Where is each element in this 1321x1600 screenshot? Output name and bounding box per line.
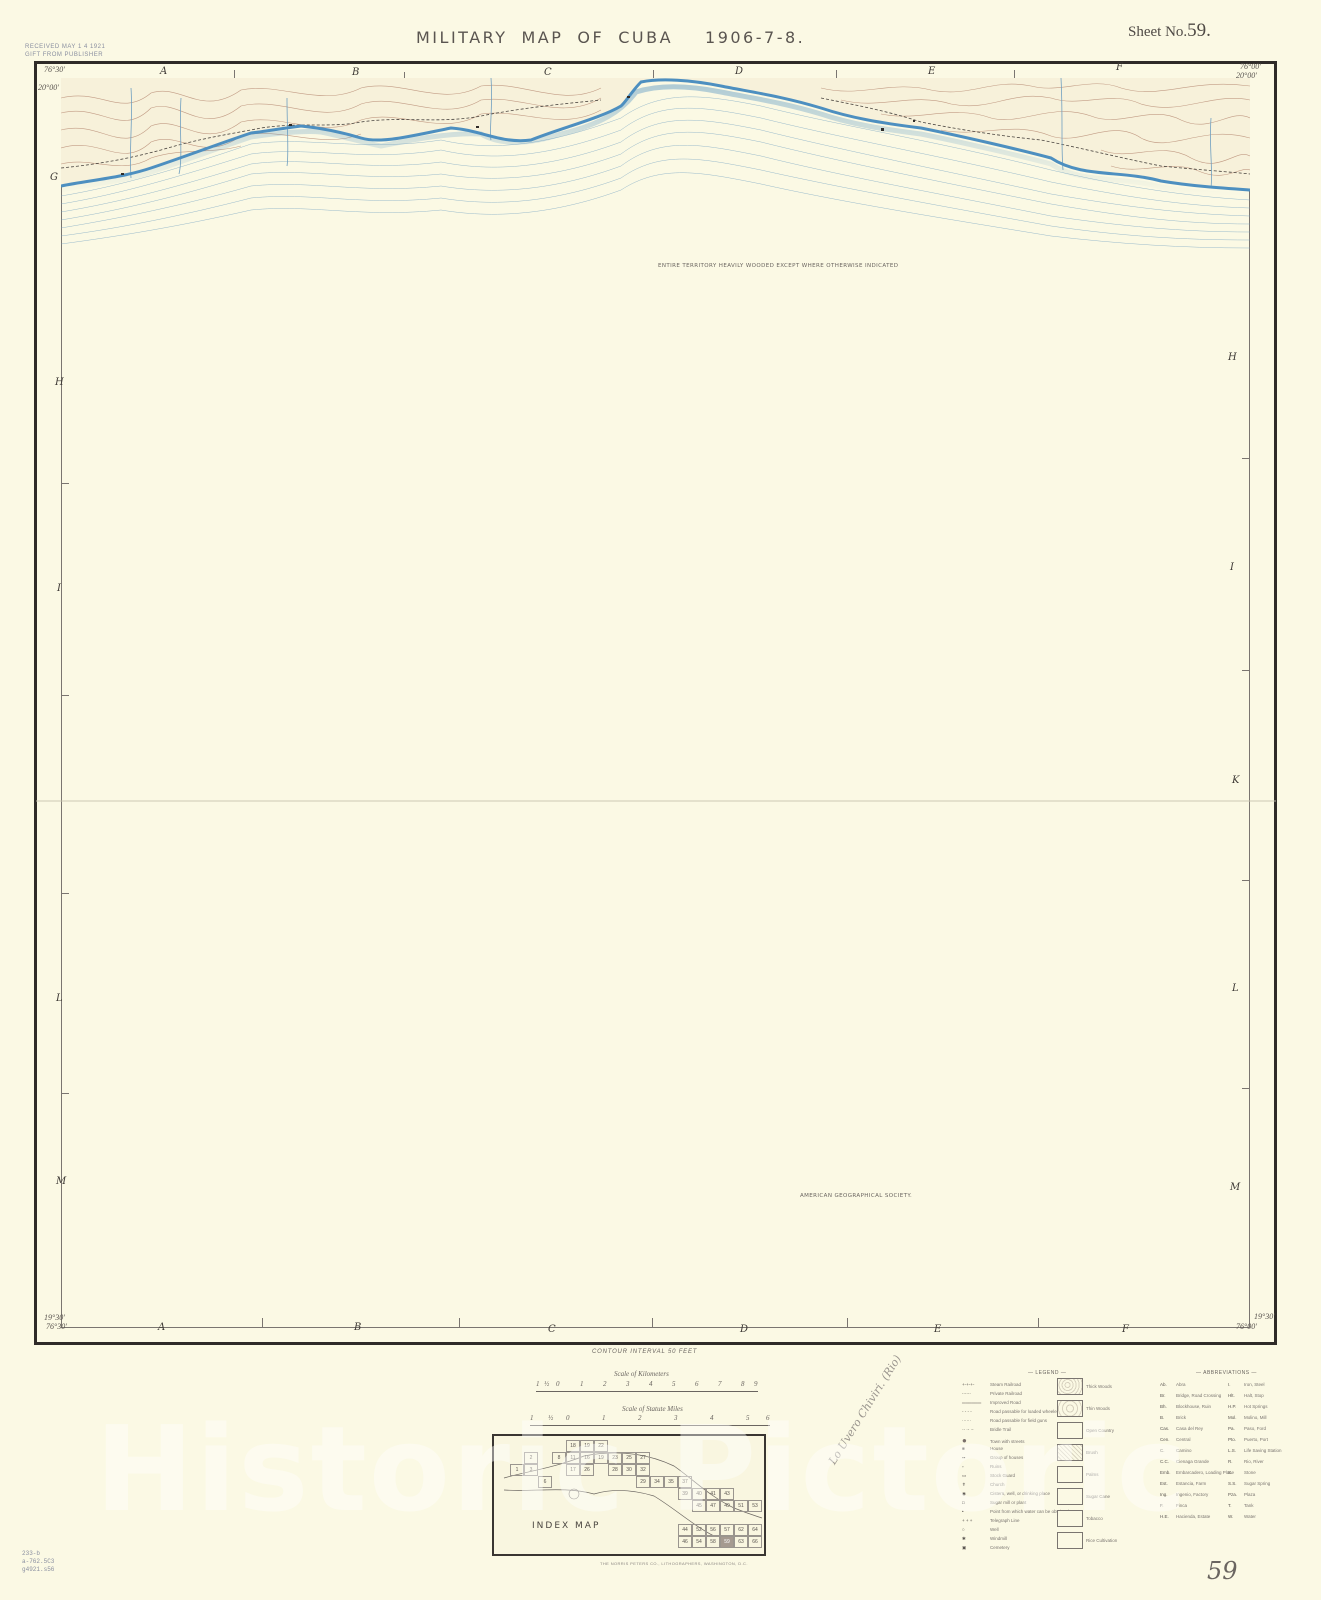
abbr-text: Stone	[1244, 1470, 1256, 1475]
abbr: Pza.	[1228, 1492, 1244, 1497]
grid-row-right-m: M	[1230, 1182, 1240, 1193]
abbreviation-item: Mol.Molino, Mill	[1228, 1415, 1267, 1420]
abbreviation-item: W.Water	[1228, 1514, 1256, 1519]
grid-row-left-i: I	[57, 583, 61, 594]
watermark: Historic Pictoric	[95, 1400, 1189, 1538]
publisher-note: AMERICAN GEOGRAPHICAL SOCIETY.	[800, 1193, 912, 1199]
scale-tick-label: 0	[556, 1380, 560, 1388]
abbr: W.	[1228, 1514, 1244, 1519]
grid-col-bottom-c: C	[548, 1324, 556, 1335]
coastal-terrain-map	[61, 78, 1250, 250]
printer-credit: THE NORRIS PETERS CO., LITHOGRAPHERS, WA…	[600, 1561, 748, 1566]
paper-fold-line	[36, 800, 1276, 802]
abbr-text: Water	[1244, 1514, 1256, 1519]
abbr: I.	[1228, 1382, 1244, 1387]
coord-bottom-left-lat: 19°30'	[44, 1313, 65, 1322]
km-scale-bar: 1 ½ 0 1 2 3 4 5 6 7 8 9	[536, 1380, 758, 1394]
abbr-text: Rio, River	[1244, 1459, 1264, 1464]
catalog-mark: a-762.5C3	[22, 1558, 54, 1566]
km-scale-title: Scale of Kilometers	[614, 1370, 669, 1378]
abbreviation-item: R.Rio, River	[1228, 1459, 1264, 1464]
abbreviation-item: Hlt.Halt, Stop	[1228, 1393, 1264, 1398]
sheet-number-label: Sheet No.59.	[1128, 20, 1211, 42]
grid-tick	[847, 1318, 848, 1327]
abbreviation-item: I.Iron, Steel	[1228, 1382, 1265, 1387]
abbr-text: Paso, Ford	[1244, 1426, 1266, 1431]
grid-col-bottom-d: D	[740, 1324, 748, 1335]
grid-tick	[262, 1318, 263, 1327]
legend-title: — LEGEND —	[1028, 1370, 1066, 1376]
grid-tick	[61, 695, 69, 696]
grid-col-bottom-a: A	[158, 1322, 165, 1333]
catalog-mark: 233-b	[22, 1550, 54, 1558]
abbr: H.P.	[1228, 1404, 1244, 1409]
grid-tick	[61, 1093, 69, 1094]
grid-tick	[459, 1318, 460, 1327]
wooded-territory-note: ENTIRE TERRITORY HEAVILY WOODED EXCEPT W…	[658, 263, 898, 269]
grid-col-bottom-e: E	[934, 1324, 941, 1335]
scale-tick-label: 1	[580, 1380, 584, 1388]
abbr-text: Iron, Steel	[1244, 1382, 1265, 1387]
abbr: Mol.	[1228, 1415, 1244, 1420]
abbr-text: Molino, Mill	[1244, 1415, 1267, 1420]
grid-row-right-h: H	[1228, 352, 1237, 363]
abbr: S.S.	[1228, 1481, 1244, 1486]
grid-row-right-k: K	[1232, 775, 1239, 786]
abbr: T.	[1228, 1503, 1244, 1508]
title-word: OF	[577, 28, 604, 47]
legend-label: Cemetery	[990, 1545, 1010, 1550]
coord-bottom-right-lon: 76°00'	[1236, 1322, 1257, 1331]
scale-tick-label: 6	[695, 1380, 699, 1388]
handwritten-sheet-number: 59	[1207, 1557, 1238, 1585]
contour-interval-label: CONTOUR INTERVAL 50 FEET	[592, 1349, 697, 1355]
sheet-label: Sheet No.	[1128, 24, 1187, 40]
map-title: MILITARYMAPOFCUBA1906-7-8.	[416, 28, 819, 47]
abbreviation-item: L.S.Life Saving Station	[1228, 1448, 1282, 1453]
stamp-source: GIFT FROM PUBLISHER	[25, 51, 105, 59]
grid-tick	[1242, 1088, 1250, 1089]
edition-years: 1906-7-8.	[705, 28, 805, 47]
grid-col-top-c: C	[544, 67, 552, 78]
abbreviation-item: S.Stone	[1228, 1470, 1256, 1475]
sheet-number: 59.	[1187, 20, 1211, 41]
abbr-text: Bridge, Road Crossing	[1176, 1393, 1221, 1398]
abbreviation-item: Ab.Abra	[1160, 1382, 1186, 1387]
grid-tick	[61, 483, 69, 484]
grid-row-left-l: L	[56, 993, 63, 1004]
grid-tick	[1242, 670, 1250, 671]
abbr-text: Sugar Spring	[1244, 1481, 1270, 1486]
grid-col-top-a: A	[160, 66, 167, 77]
legend-item: -·-·-·Private Railroad	[962, 1391, 1022, 1396]
abbr: Br.	[1160, 1393, 1176, 1398]
grid-col-bottom-f: F	[1122, 1324, 1129, 1335]
legend-item: +-+-+-Steam Railroad	[962, 1382, 1021, 1387]
abbr-text: Puerto, Port	[1244, 1437, 1268, 1442]
abbr: S.	[1228, 1470, 1244, 1475]
abbr: Ab.	[1160, 1382, 1176, 1387]
abbreviation-item: Pza.Plaza	[1228, 1492, 1255, 1497]
scale-tick-label: 9	[754, 1380, 758, 1388]
catalog-mark: g4921.s56	[22, 1566, 54, 1574]
grid-row-right-l: L	[1232, 983, 1239, 994]
grid-tick	[61, 893, 69, 894]
grid-tick	[652, 1318, 653, 1327]
grid-row-right-i: I	[1230, 562, 1234, 573]
abbreviation-item: S.S.Sugar Spring	[1228, 1481, 1270, 1486]
abbreviation-item: Pto.Puerto, Port	[1228, 1437, 1268, 1442]
scale-tick-label: 4	[649, 1380, 653, 1388]
abbr: Hlt.	[1228, 1393, 1244, 1398]
scale-tick-label: 7	[718, 1380, 722, 1388]
scale-tick-label: 3	[626, 1380, 630, 1388]
abbreviations-title: — ABBREVIATIONS —	[1196, 1370, 1257, 1376]
legend-label: Steam Railroad	[990, 1382, 1021, 1387]
coord-top-left-lat: 20°00'	[38, 83, 59, 92]
grid-tick	[1038, 1318, 1039, 1327]
legend-label: Rice Cultivation	[1086, 1538, 1117, 1543]
grid-col-top-d: D	[735, 66, 743, 77]
grid-col-bottom-b: B	[354, 1322, 361, 1333]
coord-top-left-lon: 76°30'	[44, 65, 65, 74]
scale-tick-label: 5	[672, 1380, 676, 1388]
scale-tick-label: 1	[536, 1380, 540, 1388]
legend-item: ▣Cemetery	[962, 1545, 1010, 1551]
coord-bottom-left-lon: 76°30'	[46, 1322, 67, 1331]
abbr-text: Plaza	[1244, 1492, 1255, 1497]
grid-col-top-e: E	[928, 66, 935, 77]
scale-tick-label: ½	[544, 1380, 549, 1388]
grid-row-left-h: H	[55, 377, 64, 388]
abbreviation-item: Br.Bridge, Road Crossing	[1160, 1393, 1221, 1398]
abbreviation-item: Pa.Paso, Ford	[1228, 1426, 1266, 1431]
abbr-text: Halt, Stop	[1244, 1393, 1264, 1398]
abbr: Pa.	[1228, 1426, 1244, 1431]
coord-top-right-lon: 76°00'	[1240, 62, 1261, 71]
title-word: MAP	[522, 28, 564, 47]
title-word: MILITARY	[416, 28, 508, 47]
abbr-text: Hot Springs	[1244, 1404, 1268, 1409]
title-word: CUBA	[618, 28, 673, 47]
legend-swatch-thick-woods	[1057, 1378, 1083, 1395]
scale-tick-label: 2	[603, 1380, 607, 1388]
coord-bottom-right-lat: 19°30'	[1254, 1312, 1275, 1321]
catalog-marks: 233-b a-762.5C3 g4921.s56	[22, 1550, 54, 1574]
grid-row-left-m: M	[56, 1176, 66, 1187]
grid-row-left-g: G	[50, 172, 58, 183]
grid-tick	[1242, 458, 1250, 459]
abbr-text: Abra	[1176, 1382, 1186, 1387]
scale-tick-label: 8	[741, 1380, 745, 1388]
stamp-date: RECEIVED MAY 1 4 1921	[25, 43, 105, 51]
abbr-text: Tank	[1244, 1503, 1254, 1508]
abbr: Pto.	[1228, 1437, 1244, 1442]
map-neatline	[61, 78, 1250, 1328]
legend-label: Thick Woods	[1086, 1384, 1112, 1389]
abbr: R.	[1228, 1459, 1244, 1464]
library-stamp: RECEIVED MAY 1 4 1921 GIFT FROM PUBLISHE…	[25, 43, 105, 59]
grid-col-top-b: B	[352, 67, 359, 78]
grid-tick	[1242, 880, 1250, 881]
abbreviation-item: H.P.Hot Springs	[1228, 1404, 1268, 1409]
abbr: L.S.	[1228, 1448, 1244, 1453]
abbr-text: Life Saving Station	[1244, 1448, 1282, 1453]
abbreviation-item: T.Tank	[1228, 1503, 1254, 1508]
grid-col-top-f: F	[1116, 62, 1123, 73]
legend-label: Private Railroad	[990, 1391, 1022, 1396]
